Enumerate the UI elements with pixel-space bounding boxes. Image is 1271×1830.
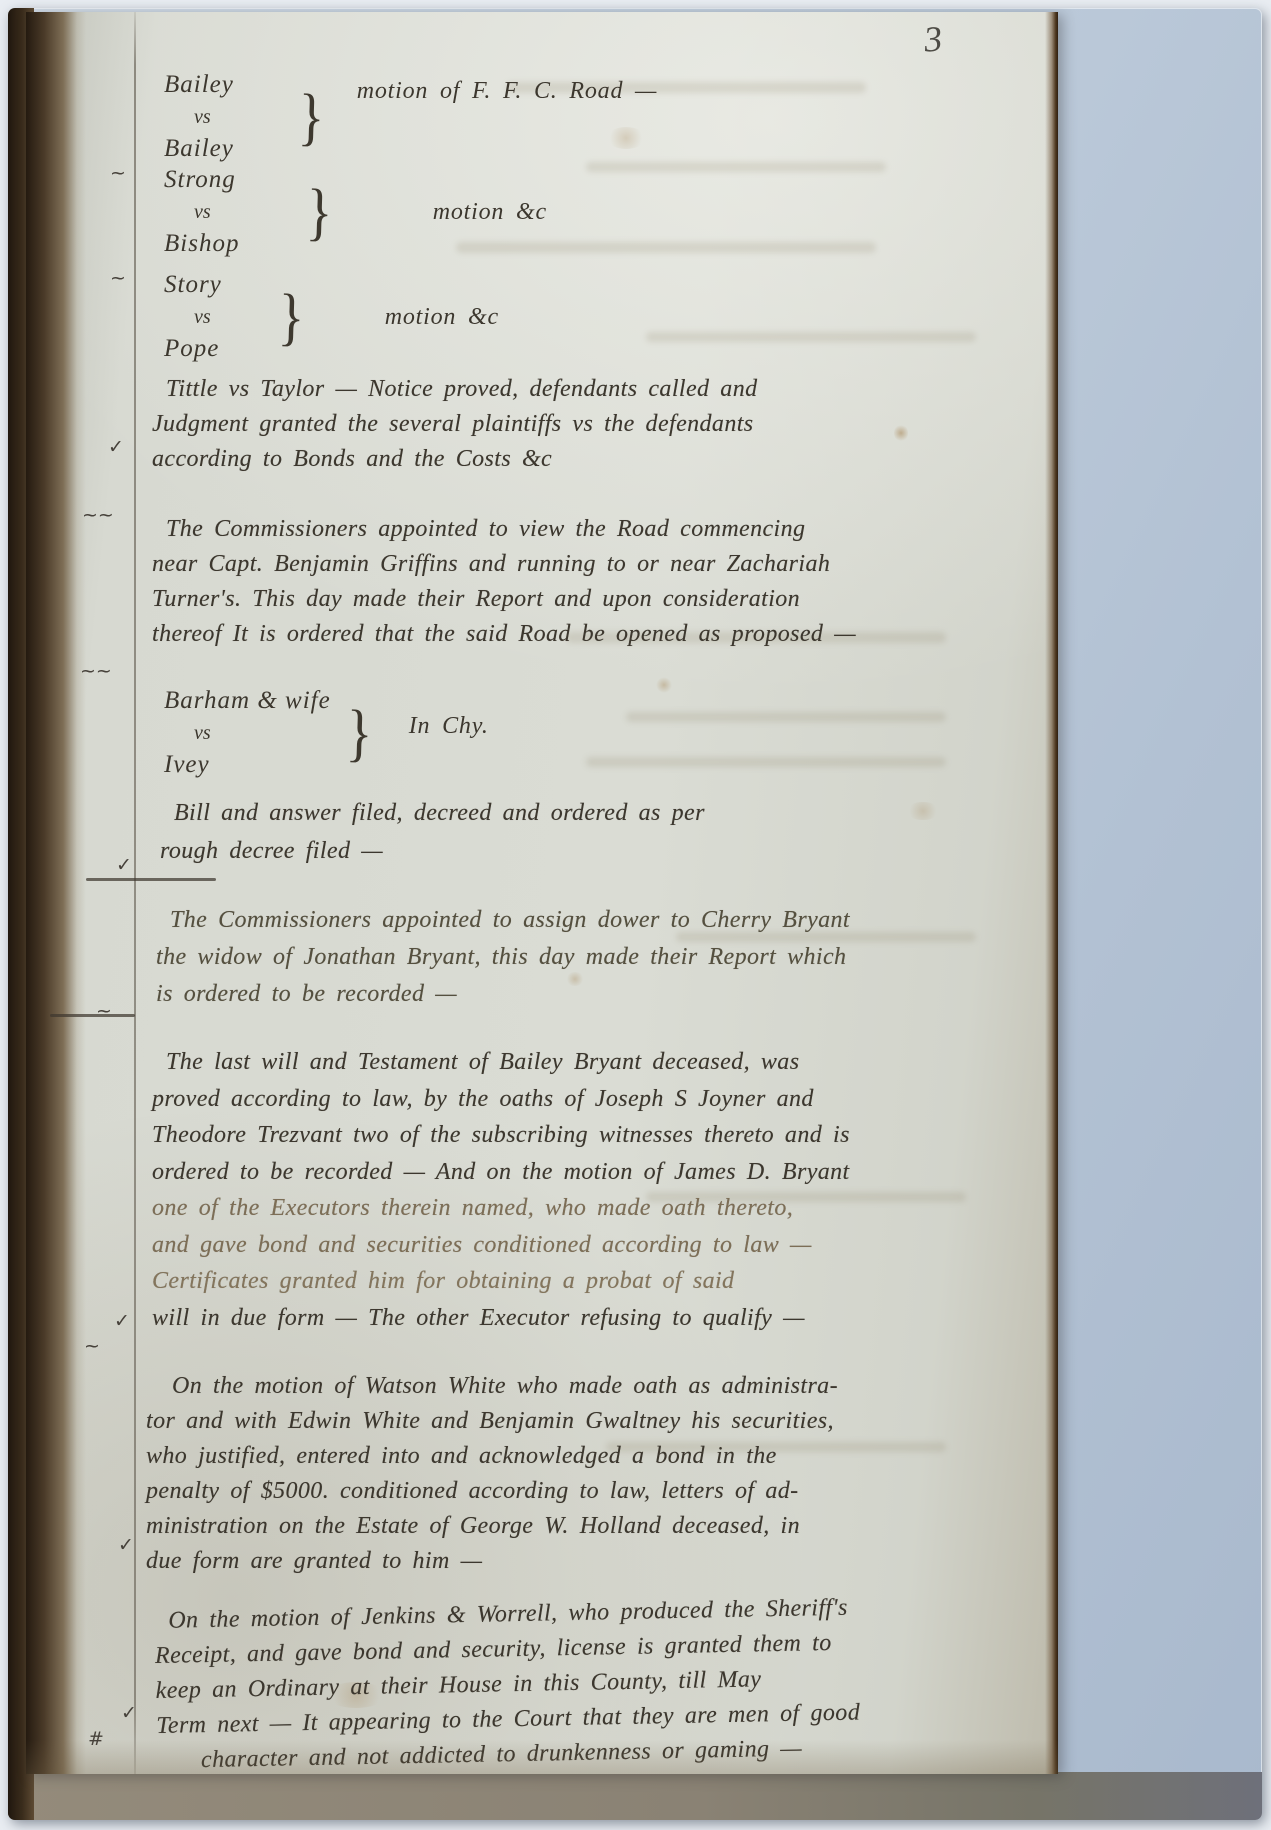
manuscript-line: thereof It is ordered that the said Road… — [152, 617, 1060, 652]
bleed-through — [626, 712, 946, 722]
case-entry: Strong vs Bishop } motion &c — [164, 163, 547, 261]
manuscript-line: is ordered to be recorded — — [156, 976, 1064, 1013]
page-number: 3 — [922, 17, 944, 60]
margin-mark: ~ — [110, 267, 126, 289]
margin-mark: ~~ — [80, 660, 112, 682]
margin-mark: # — [88, 1728, 104, 1750]
case-party: Strong — [164, 163, 292, 197]
court-order-entry: The Commissioners appointed to assign do… — [156, 902, 1064, 1013]
case-entry: Barham & wife vs Ivey } In Chy. — [164, 684, 489, 782]
versus-label: vs — [194, 197, 292, 227]
manuscript-line: near Capt. Benjamin Griffins and running… — [152, 547, 1060, 582]
manuscript-line: penalty of $5000. conditioned according … — [146, 1474, 1054, 1509]
manuscript-line: On the motion of Watson White who made o… — [172, 1369, 1054, 1404]
stain — [656, 677, 672, 693]
manuscript-line: Turner's. This day made their Report and… — [152, 582, 1060, 617]
manuscript-line: The last will and Testament of Bailey Br… — [166, 1044, 1060, 1081]
manuscript-line: Certificates granted him for obtaining a… — [152, 1263, 1060, 1300]
case-parties: Strong vs Bishop — [164, 163, 292, 261]
manuscript-page: 3 ~ ~ ✓ ~~ ~~ ✓ ~ ✓ ~ ✓ ✓ # Bailey vs Ba… — [26, 12, 1058, 1774]
court-order-entry: On the motion of Jenkins & Worrell, who … — [154, 1587, 1065, 1779]
case-entry: Story vs Pope } motion &c — [164, 268, 499, 366]
case-brace: } — [277, 288, 305, 347]
manuscript-line: according to Bonds and the Costs &c — [152, 442, 1060, 477]
ink-rule — [50, 1014, 135, 1017]
court-order-entry: The Commissioners appointed to view the … — [152, 512, 1060, 652]
margin-rule-line — [134, 12, 136, 1774]
case-note: motion of F. F. C. Road — — [357, 78, 657, 105]
margin-check-mark: ✓ — [114, 1310, 130, 1332]
manuscript-line: one of the Executors therein named, who … — [152, 1190, 1060, 1227]
manuscript-line: ordered to be recorded — And on the moti… — [152, 1154, 1060, 1191]
margin-mark: ~ — [84, 1335, 100, 1357]
manuscript-line: proved according to law, by the oaths of… — [152, 1081, 1060, 1118]
case-parties: Barham & wife vs Ivey — [164, 684, 332, 782]
court-order-entry: On the motion of Watson White who made o… — [146, 1369, 1054, 1579]
table-surface — [8, 1772, 1262, 1820]
versus-label: vs — [194, 718, 332, 748]
court-order-entry: Tittle vs Taylor — Notice proved, defend… — [152, 372, 1060, 477]
versus-label: vs — [194, 302, 264, 332]
manuscript-photo: 3 ~ ~ ✓ ~~ ~~ ✓ ~ ✓ ~ ✓ ✓ # Bailey vs Ba… — [8, 8, 1262, 1820]
manuscript-line: who justified, entered into and acknowle… — [146, 1439, 1054, 1474]
case-party: Bailey — [164, 68, 284, 102]
case-parties: Story vs Pope — [164, 268, 264, 366]
case-brace: } — [305, 183, 333, 242]
margin-check-mark: ✓ — [116, 854, 132, 876]
margin-mark: ~ — [96, 1000, 112, 1022]
manuscript-line: Bill and answer filed, decreed and order… — [174, 794, 1068, 832]
ink-rule — [86, 878, 216, 881]
court-order-entry: The last will and Testament of Bailey Br… — [152, 1044, 1060, 1336]
manuscript-line: Judgment granted the several plaintiffs … — [152, 407, 1060, 442]
case-parties: Bailey vs Bailey — [164, 68, 284, 166]
case-note: motion &c — [433, 199, 547, 226]
manuscript-line: and gave bond and securities conditioned… — [152, 1227, 1060, 1264]
manuscript-line: The Commissioners appointed to assign do… — [170, 902, 1064, 939]
case-note: motion &c — [385, 304, 499, 331]
case-brace: } — [297, 88, 325, 147]
margin-check-mark: ✓ — [108, 436, 124, 458]
versus-label: vs — [194, 102, 284, 132]
case-party: Ivey — [164, 748, 332, 782]
manuscript-line: Tittle vs Taylor — Notice proved, defend… — [166, 372, 1060, 407]
margin-check-mark: ✓ — [118, 1534, 134, 1556]
margin-mark: ~~ — [82, 504, 114, 526]
manuscript-line: ministration on the Estate of George W. … — [146, 1509, 1054, 1544]
margin-check-mark: ✓ — [121, 1702, 137, 1724]
margin-mark: ~ — [110, 162, 126, 184]
manuscript-line: will in due form — The other Executor re… — [152, 1300, 1060, 1337]
case-party: Pope — [164, 332, 264, 366]
manuscript-line: Theodore Trezvant two of the subscribing… — [152, 1117, 1060, 1154]
manuscript-line: rough decree filed — — [160, 832, 1068, 870]
binding-gutter — [26, 12, 86, 1774]
bleed-through — [586, 757, 946, 767]
case-brace: } — [345, 704, 373, 763]
manuscript-line: tor and with Edwin White and Benjamin Gw… — [146, 1404, 1054, 1439]
case-party: Story — [164, 268, 264, 302]
case-entry: Bailey vs Bailey } motion of F. F. C. Ro… — [164, 68, 657, 166]
case-note: In Chy. — [409, 713, 489, 740]
court-order-entry: Bill and answer filed, decreed and order… — [160, 794, 1068, 870]
bleed-through — [646, 332, 976, 342]
case-party: Bailey — [164, 132, 284, 166]
manuscript-line: the widow of Jonathan Bryant, this day m… — [156, 939, 1064, 976]
manuscript-line: The Commissioners appointed to view the … — [166, 512, 1060, 547]
manuscript-line: due form are granted to him — — [146, 1544, 1054, 1579]
case-party: Bishop — [164, 227, 292, 261]
case-party: Barham & wife — [164, 684, 332, 718]
